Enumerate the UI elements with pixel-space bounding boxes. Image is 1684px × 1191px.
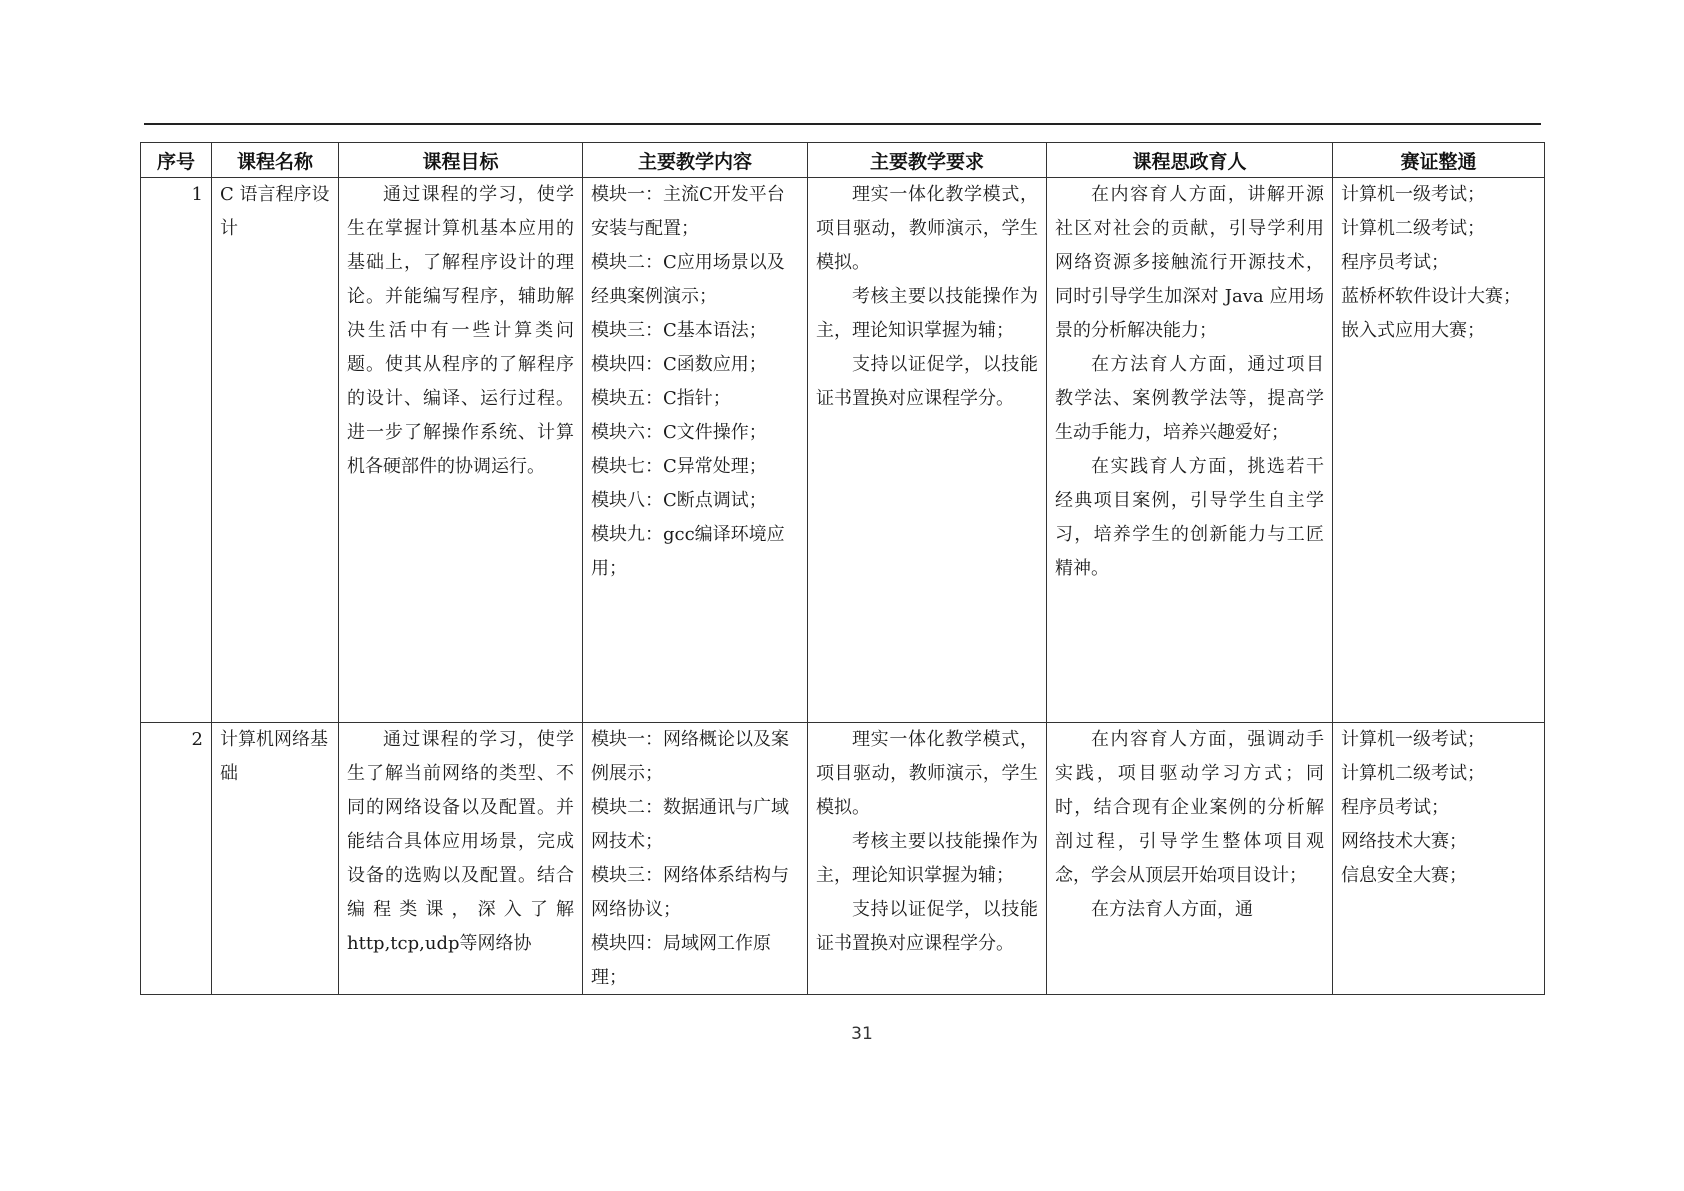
course-name: C 语言程序设计 [212, 178, 339, 723]
row-index: 1 [141, 178, 212, 723]
goal-text: 通过课程的学习，使学生在掌握计算机基本应用的基础上，了解程序设计的理论。并能编写… [347, 178, 574, 484]
certificate-item: 程序员考试； [1341, 246, 1536, 280]
ideology-item: 在内容育人方面，讲解开源社区对社会的贡献，引导学利用网络资源多接触流行开源技术，… [1055, 178, 1324, 348]
teaching-requirements: 理实一体化教学模式，项目驱动，教师演示，学生模拟。 考核主要以技能操作为主，理论… [808, 178, 1047, 723]
content-item: 模块七：C异常处理； [591, 450, 799, 484]
requirement-item: 考核主要以技能操作为主，理论知识掌握为辅； [816, 280, 1038, 348]
header-rule [144, 123, 1541, 125]
goal-text: 通过课程的学习，使学生了解当前网络的类型、不同的网络设备以及配置。并能结合具体应… [347, 723, 574, 961]
header-certificates: 赛证整通 [1333, 143, 1545, 178]
content-item: 模块二：C应用场景以及经典案例演示； [591, 246, 799, 314]
header-teaching-content: 主要教学内容 [583, 143, 808, 178]
header-index: 序号 [141, 143, 212, 178]
header-ideology: 课程思政育人 [1047, 143, 1333, 178]
ideology-item: 在方法育人方面，通 [1055, 893, 1324, 927]
ideology-item: 在方法育人方面，通过项目教学法、案例教学法等，提高学生动手能力，培养兴趣爱好； [1055, 348, 1324, 450]
row-index: 2 [141, 723, 212, 995]
certificate-item: 程序员考试； [1341, 791, 1536, 825]
teaching-content: 模块一：主流C开发平台安装与配置； 模块二：C应用场景以及经典案例演示； 模块三… [583, 178, 808, 723]
table-row: 2 计算机网络基础 通过课程的学习，使学生了解当前网络的类型、不同的网络设备以及… [141, 723, 1545, 995]
certificate-item: 嵌入式应用大赛； [1341, 314, 1536, 348]
certificate-item: 计算机一级考试； [1341, 178, 1536, 212]
certificate-item: 计算机二级考试； [1341, 757, 1536, 791]
requirement-item: 理实一体化教学模式，项目驱动，教师演示，学生模拟。 [816, 723, 1038, 825]
header-row: 序号 课程名称 课程目标 主要教学内容 主要教学要求 课程思政育人 赛证整通 [141, 143, 1545, 178]
ideology-item: 在内容育人方面，强调动手实践，项目驱动学习方式；同时，结合现有企业案例的分析解剖… [1055, 723, 1324, 893]
teaching-requirements: 理实一体化教学模式，项目驱动，教师演示，学生模拟。 考核主要以技能操作为主，理论… [808, 723, 1047, 995]
content-item: 模块三：网络体系结构与网络协议； [591, 859, 799, 927]
header-course-goal: 课程目标 [339, 143, 583, 178]
certificate-item: 网络技术大赛； [1341, 825, 1536, 859]
content-item: 模块一：主流C开发平台安装与配置； [591, 178, 799, 246]
header-teaching-requirements: 主要教学要求 [808, 143, 1047, 178]
certificate-item: 计算机一级考试； [1341, 723, 1536, 757]
certificate-item: 蓝桥杯软件设计大赛； [1341, 280, 1536, 314]
certificates: 计算机一级考试； 计算机二级考试； 程序员考试； 蓝桥杯软件设计大赛； 嵌入式应… [1333, 178, 1545, 723]
content-item: 模块四：局域网工作原理； [591, 927, 799, 994]
content-item: 模块一：网络概论以及案例展示； [591, 723, 799, 791]
course-name: 计算机网络基础 [212, 723, 339, 995]
course-table: 序号 课程名称 课程目标 主要教学内容 主要教学要求 课程思政育人 赛证整通 1… [140, 142, 1545, 995]
requirement-item: 支持以证促学，以技能证书置换对应课程学分。 [816, 348, 1038, 416]
certificates: 计算机一级考试； 计算机二级考试； 程序员考试； 网络技术大赛； 信息安全大赛； [1333, 723, 1545, 995]
content-item: 模块九：gcc编译环境应用； [591, 518, 799, 586]
content-item: 模块三：C基本语法； [591, 314, 799, 348]
ideology: 在内容育人方面，强调动手实践，项目驱动学习方式；同时，结合现有企业案例的分析解剖… [1047, 723, 1333, 995]
content-item: 模块八：C断点调试； [591, 484, 799, 518]
content-item: 模块二：数据通讯与广域网技术； [591, 791, 799, 859]
teaching-content: 模块一：网络概论以及案例展示； 模块二：数据通讯与广域网技术； 模块三：网络体系… [583, 723, 808, 995]
content-item: 模块五：C指针； [591, 382, 799, 416]
certificate-item: 计算机二级考试； [1341, 212, 1536, 246]
content-item: 模块四：C函数应用； [591, 348, 799, 382]
certificate-item: 信息安全大赛； [1341, 859, 1536, 893]
ideology: 在内容育人方面，讲解开源社区对社会的贡献，引导学利用网络资源多接触流行开源技术，… [1047, 178, 1333, 723]
table-row: 1 C 语言程序设计 通过课程的学习，使学生在掌握计算机基本应用的基础上，了解程… [141, 178, 1545, 723]
ideology-item: 在实践育人方面，挑选若干经典项目案例，引导学生自主学习，培养学生的创新能力与工匠… [1055, 450, 1324, 586]
course-goal: 通过课程的学习，使学生在掌握计算机基本应用的基础上，了解程序设计的理论。并能编写… [339, 178, 583, 723]
requirement-item: 支持以证促学，以技能证书置换对应课程学分。 [816, 893, 1038, 961]
header-course-name: 课程名称 [212, 143, 339, 178]
content-item: 模块六：C文件操作； [591, 416, 799, 450]
requirement-item: 考核主要以技能操作为主，理论知识掌握为辅； [816, 825, 1038, 893]
requirement-item: 理实一体化教学模式，项目驱动，教师演示，学生模拟。 [816, 178, 1038, 280]
course-goal: 通过课程的学习，使学生了解当前网络的类型、不同的网络设备以及配置。并能结合具体应… [339, 723, 583, 995]
page-number: 31 [842, 1024, 882, 1044]
